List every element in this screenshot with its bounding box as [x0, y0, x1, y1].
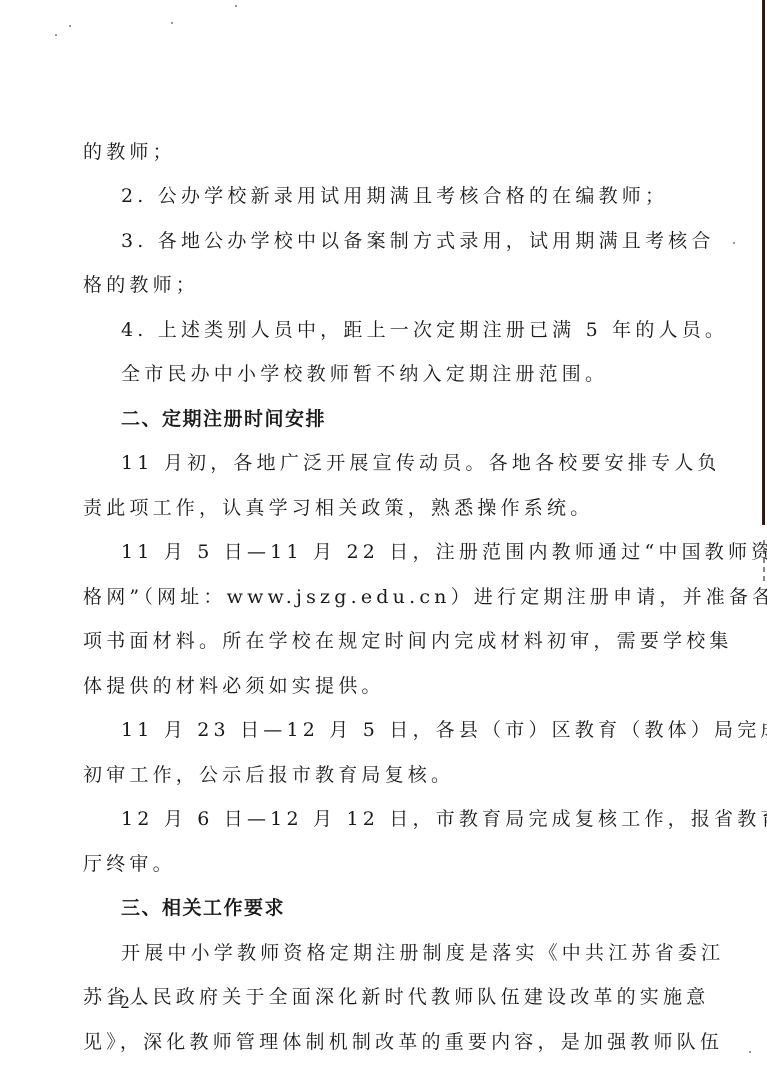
scan-speck	[235, 5, 237, 7]
text-line: 责此项工作，认真学习相关政策，熟悉操作系统。	[83, 496, 593, 520]
section-heading-3: 三、相关工作要求	[121, 896, 285, 920]
text-line: 苏省人民政府关于全面深化新时代教师队伍建设改革的实施意	[83, 985, 709, 1009]
paragraph: 开展中小学教师资格定期注册制度是落实《中共江苏省委江	[121, 941, 724, 965]
section-heading-2: 二、定期注册时间安排	[121, 407, 326, 431]
text-line: 格网”（网址：www.jszg.edu.cn）进行定期注册申请，并准备各	[83, 585, 767, 609]
text-line: 初审工作，公示后报市教育局复核。	[83, 763, 454, 787]
text-line: 格的教师；	[83, 273, 199, 297]
paragraph: 11 月初，各地广泛开展宣传动员。各地各校要安排专人负	[121, 451, 721, 475]
paragraph: 12 月 6 日—12 月 12 日，市教育局完成复核工作，报省教育	[121, 807, 767, 831]
list-item-2: 2. 公办学校新录用试用期满且考核合格的在编教师；	[121, 184, 668, 208]
list-item-3: 3. 各地公办学校中以备案制方式录用，试用期满且考核合	[121, 229, 715, 253]
scan-speck	[55, 34, 57, 36]
text-line: 厅终审。	[83, 852, 176, 876]
scan-speck	[171, 22, 173, 24]
page-number: - 2 -	[108, 992, 143, 1013]
paragraph: 11 月 5 日—11 月 22 日，注册范围内教师通过“中国教师资	[121, 540, 767, 564]
scan-speck	[749, 1051, 751, 1053]
text-line: 体提供的材料必须如实提供。	[83, 674, 385, 698]
paragraph: 全市民办中小学校教师暂不纳入定期注册范围。	[121, 362, 608, 386]
scan-edge-line	[762, 0, 765, 525]
paragraph: 11 月 23 日—12 月 5 日，各县（市）区教育（教体）局完成	[121, 718, 767, 742]
text-line: 的教师；	[83, 140, 176, 164]
list-item-4: 4. 上述类别人员中，距上一次定期注册已满 5 年的人员。	[121, 318, 728, 342]
document-page: 的教师； 2. 公办学校新录用试用期满且考核合格的在编教师； 3. 各地公办学校…	[0, 0, 767, 1075]
scan-speck	[69, 25, 71, 27]
text-line: 见》，深化教师管理体制机制改革的重要内容，是加强教师队伍	[83, 1030, 723, 1054]
scan-speck	[733, 242, 735, 244]
text-line: 项书面材料。所在学校在规定时间内完成材料初审，需要学校集	[83, 629, 733, 653]
